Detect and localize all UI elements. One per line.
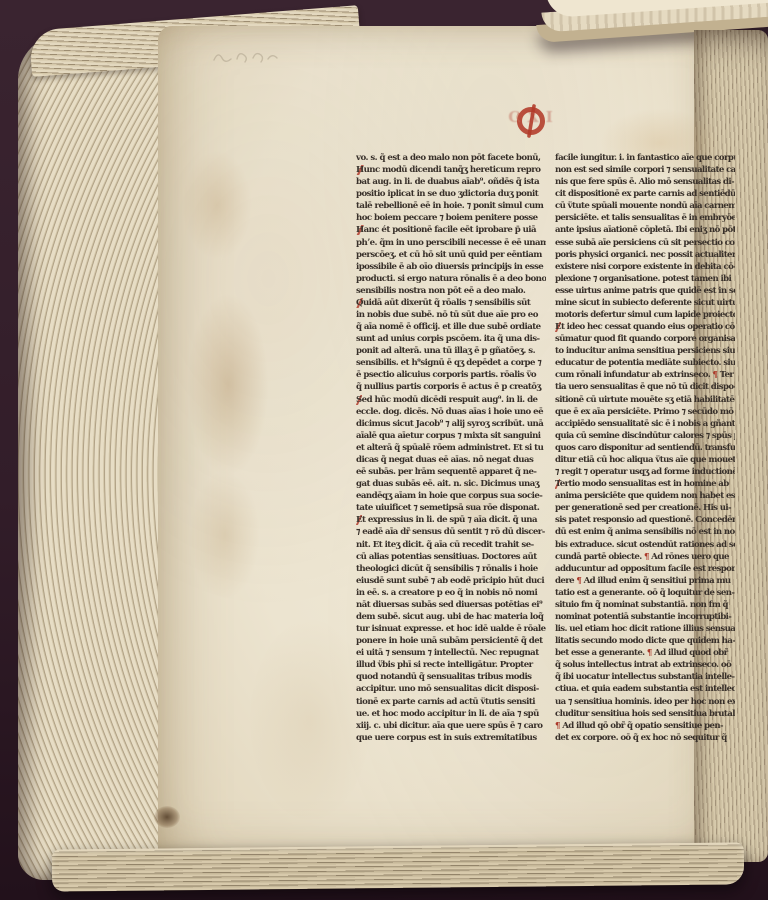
text-line: Sed hūc modū dicēdi respuit aug⁹. in li.… [356, 394, 546, 406]
text-line: situio fm q̃ nominat substantiā. non fm … [555, 599, 735, 611]
text-line: lis. uel etiam hoc dicit ratione illius … [555, 623, 735, 635]
text-line: sensibilis nostra non pōt eē a deo malo. [356, 285, 546, 297]
text-line: ctiua. et quia eadem substantia est inte… [555, 683, 735, 695]
text-line: nis que fere spūs ē. Alio mō sensualitas… [555, 176, 735, 188]
text-column-right: facile iungitur. i. in fantastico aīe qu… [555, 152, 735, 744]
pencil-inscription [210, 46, 280, 68]
text-line: accipitur. uno mō sensualitas dicit disp… [356, 683, 546, 695]
text-line: nāt diuersas subās sed diuersas potētias… [356, 599, 546, 611]
text-line: q̃ solus intellectus intrat ab extrinsec… [555, 659, 735, 671]
text-line: mine sicut in subiecto deferente sicut u… [555, 297, 735, 309]
text-line: ante ipsius aīationē cōpletā. Ibi eniʒ n… [555, 224, 735, 236]
text-line: esse uirtus anime patris que quidē est i… [555, 285, 735, 297]
text-line: phʼe. q̃m in uno perscibili necesse ē eē… [356, 237, 546, 249]
text-line: cū alias potentias sensitiuas. Doctores … [356, 551, 546, 563]
text-line: quos caro disponitur ad sentiendū. trans… [555, 442, 735, 454]
text-line: ponere in hoie unā subām persicientē q̃ … [356, 635, 546, 647]
text-line: Hunc modū dicendi tanq̃ʒ hereticum repro [356, 164, 546, 176]
text-line: ponit ad alterā. una tū illaʒ ē p gñatōe… [356, 345, 546, 357]
text-line: producti. si ergo natura rōnalis ē a deo… [356, 273, 546, 285]
text-line: sensibilis. et h⁹signū ē qʒ depēdet a co… [356, 357, 546, 369]
text-line: cū v̈tute spūali mouente nondū aīa carne… [555, 200, 735, 212]
text-line: poris physici organici. nec possit actua… [555, 249, 735, 261]
text-line: xiij. c. ubi dicitur. aīa que uere spūs … [356, 720, 546, 732]
text-line: existere nisi corpore existente in debit… [555, 261, 735, 273]
text-line: vo. s. q̃ est a deo malo non pōt facete … [356, 152, 546, 164]
text-line: illud v̈bis phī si recte intelligātur. P… [356, 659, 546, 671]
text-line: ua ⁊ sensitiua hominis. ideo per hoc non… [555, 696, 735, 708]
text-line: aīalē qua aīetur corpus ⁊ mixta sit sang… [356, 430, 546, 442]
text-line: hoc boiem peccare ⁊ boiem penitere posse [356, 212, 546, 224]
text-line: cit dispositionē ex parte carnis ad sent… [555, 188, 735, 200]
text-line: et alterā q̃ spūalē rōem administret. Et… [356, 442, 546, 454]
text-line: tia uero sensualitas ē que nō tū dicit d… [555, 381, 735, 393]
text-line: eccle. dog. dicēs. Nō duas aīas i hoie u… [356, 406, 546, 418]
text-line: cundā partē obiecte. ¶ Ad rōnes uero que [555, 551, 735, 563]
text-line: perscōeʒ. et cū hō sit unū quid per eēnt… [356, 249, 546, 261]
text-line: in nobis due subē. nō tū sūt due aīe pro… [356, 309, 546, 321]
text-line: ē psectio alicuius corporis partis. rōal… [356, 369, 546, 381]
text-line: tionē ex parte carnis ad actū v̈tutis se… [356, 696, 546, 708]
text-line: dū est enim q̃ anima sensibilis nō est i… [555, 526, 735, 538]
text-line: positio iplicat in se duo ʒdictoria duʒ … [356, 188, 546, 200]
text-line: bet esse a generante. ¶ Ad illud quod ob… [555, 647, 735, 659]
text-line: que ē ex aīa persiciēte. Primo ⁊ secūdo … [555, 406, 735, 418]
text-line: ¶ Ad illud qō obr̃ q̃ opatio sensitiue p… [555, 720, 735, 732]
text-line: dere ¶ Ad illud enim q̃ sensitiui prima … [555, 575, 735, 587]
text-line: que uere corpus est in suis extremitatib… [356, 732, 546, 744]
text-line: ⁊ regit ⁊ operatur usqʒ ad forme inducti… [555, 466, 735, 478]
text-line: Tertio modo sensualitas est in homine ab [555, 478, 735, 490]
text-line: ⁊ eadē aīa dr̃ sensus dū sentit ⁊ rō dū … [356, 526, 546, 538]
text-line: persiciēte. et talis sensualitas ē in em… [555, 212, 735, 224]
text-line: Et expressius in li. de spū ⁊ aīa dicit.… [356, 514, 546, 526]
text-line: tatio est a generante. oō q̃ loquitur de… [555, 587, 735, 599]
text-line: Et ideo hec cessat quando eius operatio … [555, 321, 735, 333]
text-line: tate uiuificet ⁊ semetipsā sua rōe dispo… [356, 502, 546, 514]
text-line: adducuntur ad oppositum facile est respo… [555, 563, 735, 575]
text-line: sunt ad unius corpis pscōem. ita q̃ una … [356, 333, 546, 345]
text-line: q̃ nullius partis corporis ē actus ē p c… [356, 381, 546, 393]
text-line: Quidā aūt dixerūt q̃ rōalis ⁊ sensibilis… [356, 297, 546, 309]
text-line: plexione ⁊ organisatione. potest tamen i… [555, 273, 735, 285]
text-line: facile iungitur. i. in fantastico aīe qu… [555, 152, 735, 164]
text-line: dicas q̃ negat duas eē aīas. nō negat du… [356, 454, 546, 466]
text-line: educatur de potentia mediāte subiecto. s… [555, 357, 735, 369]
text-line: ei uitā ⁊ sensum ⁊ intellectū. Nec repug… [356, 647, 546, 659]
text-line: tur isinuat expresse. et hoc idē ualde ē… [356, 623, 546, 635]
text-line: q̃ ibi uocatur intellectus substantia in… [555, 671, 735, 683]
text-line: litatis secundo modo dicte que quidem ha… [555, 635, 735, 647]
text-line: eē subās. per lrām sequentē apparet q̃ n… [356, 466, 546, 478]
text-line: per generationē sed per creationē. His u… [555, 502, 735, 514]
text-line: ipossibile ē ab oīo diuersis principijs … [356, 261, 546, 273]
text-line: quod notandū q̃ sensualitas tribus modis [356, 671, 546, 683]
text-line: talē rebellionē eē in hoie. ⁊ ponit simu… [356, 200, 546, 212]
text-line: nit. Et iteʒ dicit. q̃ aīa cū recedit tr… [356, 539, 546, 551]
text-line: cluditur sensitiua hois sed sensitiua br… [555, 708, 735, 720]
red-quire-mark-icon [510, 100, 552, 142]
bottom-page-edges [52, 842, 744, 891]
text-line: dicimus sicut Jacob⁹ ⁊ alij syroʒ scribū… [356, 418, 546, 430]
text-line: to inducitur anima sensitiua persiciens … [555, 345, 735, 357]
text-column-left: vo. s. q̃ est a deo malo non pōt facete … [356, 152, 546, 744]
text-line: ditur etiā cū hoc aliqua v̈tus aīe que m… [555, 454, 735, 466]
text-line: eiusdē sunt subē ⁊ ab eodē prīcipio hūt … [356, 575, 546, 587]
text-line: eandēqʒ aīam in hoie que corpus sua soci… [356, 490, 546, 502]
text-line: Hanc ét positionē facile eēt iprobare p̄… [356, 224, 546, 236]
text-line: esse subā aīe persiciens cū sit persecti… [555, 237, 735, 249]
text-line: accipiēdo sensualitatē sic ē i nobis a g… [555, 418, 735, 430]
text-line: sitionē cū uirtute mouēte sʒ etiā habili… [555, 394, 735, 406]
text-line: non est sed simile corpori ⁊ sensualitat… [555, 164, 735, 176]
text-line: anima persiciēte que quidem non habet es… [555, 490, 735, 502]
text-line: bis extraduce. sicut ostendūt rationes a… [555, 539, 735, 551]
text-line: det ex corpore. oō q̃ ex hoc nō sequitur… [555, 732, 735, 744]
text-line: bat aug. in li. de duabus aīab⁹. oñdēs q… [356, 176, 546, 188]
text-line: theologici dicūt q̃ sensibilis ⁊ rōnalis… [356, 563, 546, 575]
text-line: gat duas subās eē. ait. n. sic. Dicimus … [356, 478, 546, 490]
text-line: q̃ aīa nomē ē officij. et ille due subē … [356, 321, 546, 333]
text-line: motoris defertur simul cum lapide proiec… [555, 309, 735, 321]
text-line: sis patet responsio ad questionē. Conced… [555, 514, 735, 526]
text-line: nominat potentiā substantie incorruptibi… [555, 611, 735, 623]
text-line: ue. et hoc modo accipitur in li. de aīa … [356, 708, 546, 720]
text-line: cum rōnali infundatur ab extrinseco. ¶ T… [555, 369, 735, 381]
rubric-ornament: CXI [486, 98, 576, 144]
text-line: quia cū semine discindūtur calores ⁊ spū… [555, 430, 735, 442]
text-line: in eē. s. a creatore p eo q̃ in nobis nō… [356, 587, 546, 599]
text-line: sūmatur quod fit quando corpore organisa [555, 333, 735, 345]
text-line: dem subē. sicut aug. ubi de hac materia … [356, 611, 546, 623]
